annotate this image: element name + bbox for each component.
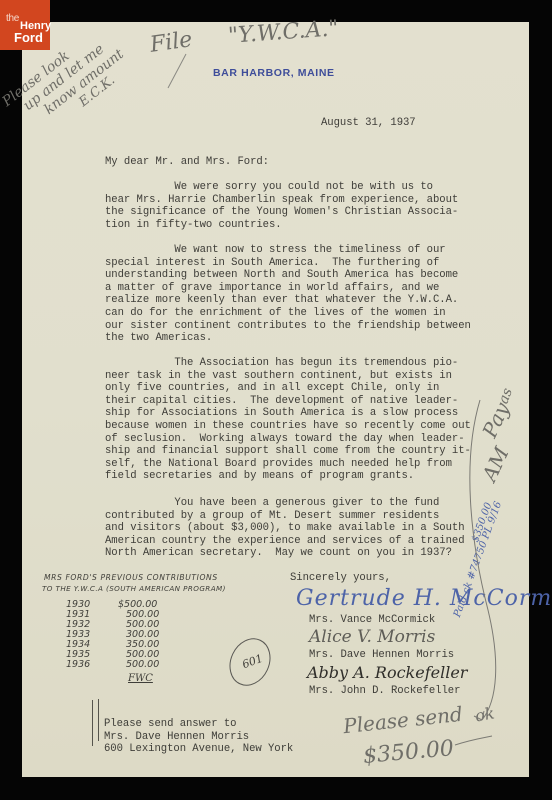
margin-bar-1 [92,700,93,746]
closing: Sincerely yours, [290,572,391,585]
paragraph-2: We want now to stress the timeliness of … [105,244,471,345]
contributions-title-2: TO THE Y.W.C.A (SOUTH AMERICAN PROGRAM) [42,584,226,593]
signature-rockefeller: Abby A. Rockefeller [307,663,467,682]
letterhead: BAR HARBOR, MAINE [213,67,335,79]
typed-name-rockefeller: Mrs. John D. Rockefeller [309,685,460,698]
annotation-initials-fwc: FWC [128,673,153,684]
henry-ford-logo: the Henry Ford [0,0,50,50]
margin-bar-2 [98,699,99,741]
paragraph-3: The Association has begun its tremendous… [105,357,471,483]
bottom-initials: ok [473,703,495,725]
salutation: My dear Mr. and Mrs. Ford: [105,156,269,169]
contributions-title-1: MRS FORD'S PREVIOUS CONTRIBUTIONS [44,573,218,582]
letter-date: August 31, 1937 [321,117,416,130]
signature-mccormick: Gertrude H. McCormick [296,586,552,611]
reply-instructions: Please send answer to Mrs. Dave Hennen M… [104,718,293,756]
logo-ford: Ford [14,31,43,45]
signature-morris: Alice V. Morris [309,627,435,647]
typed-name-mccormick: Mrs. Vance McCormick [309,614,435,627]
paragraph-4: You have been a generous giver to the fu… [105,497,465,560]
paragraph-1: We were sorry you could not be with us t… [105,181,458,231]
logo-the: the [6,13,19,24]
typed-name-morris: Mrs. Dave Hennen Morris [309,649,454,662]
